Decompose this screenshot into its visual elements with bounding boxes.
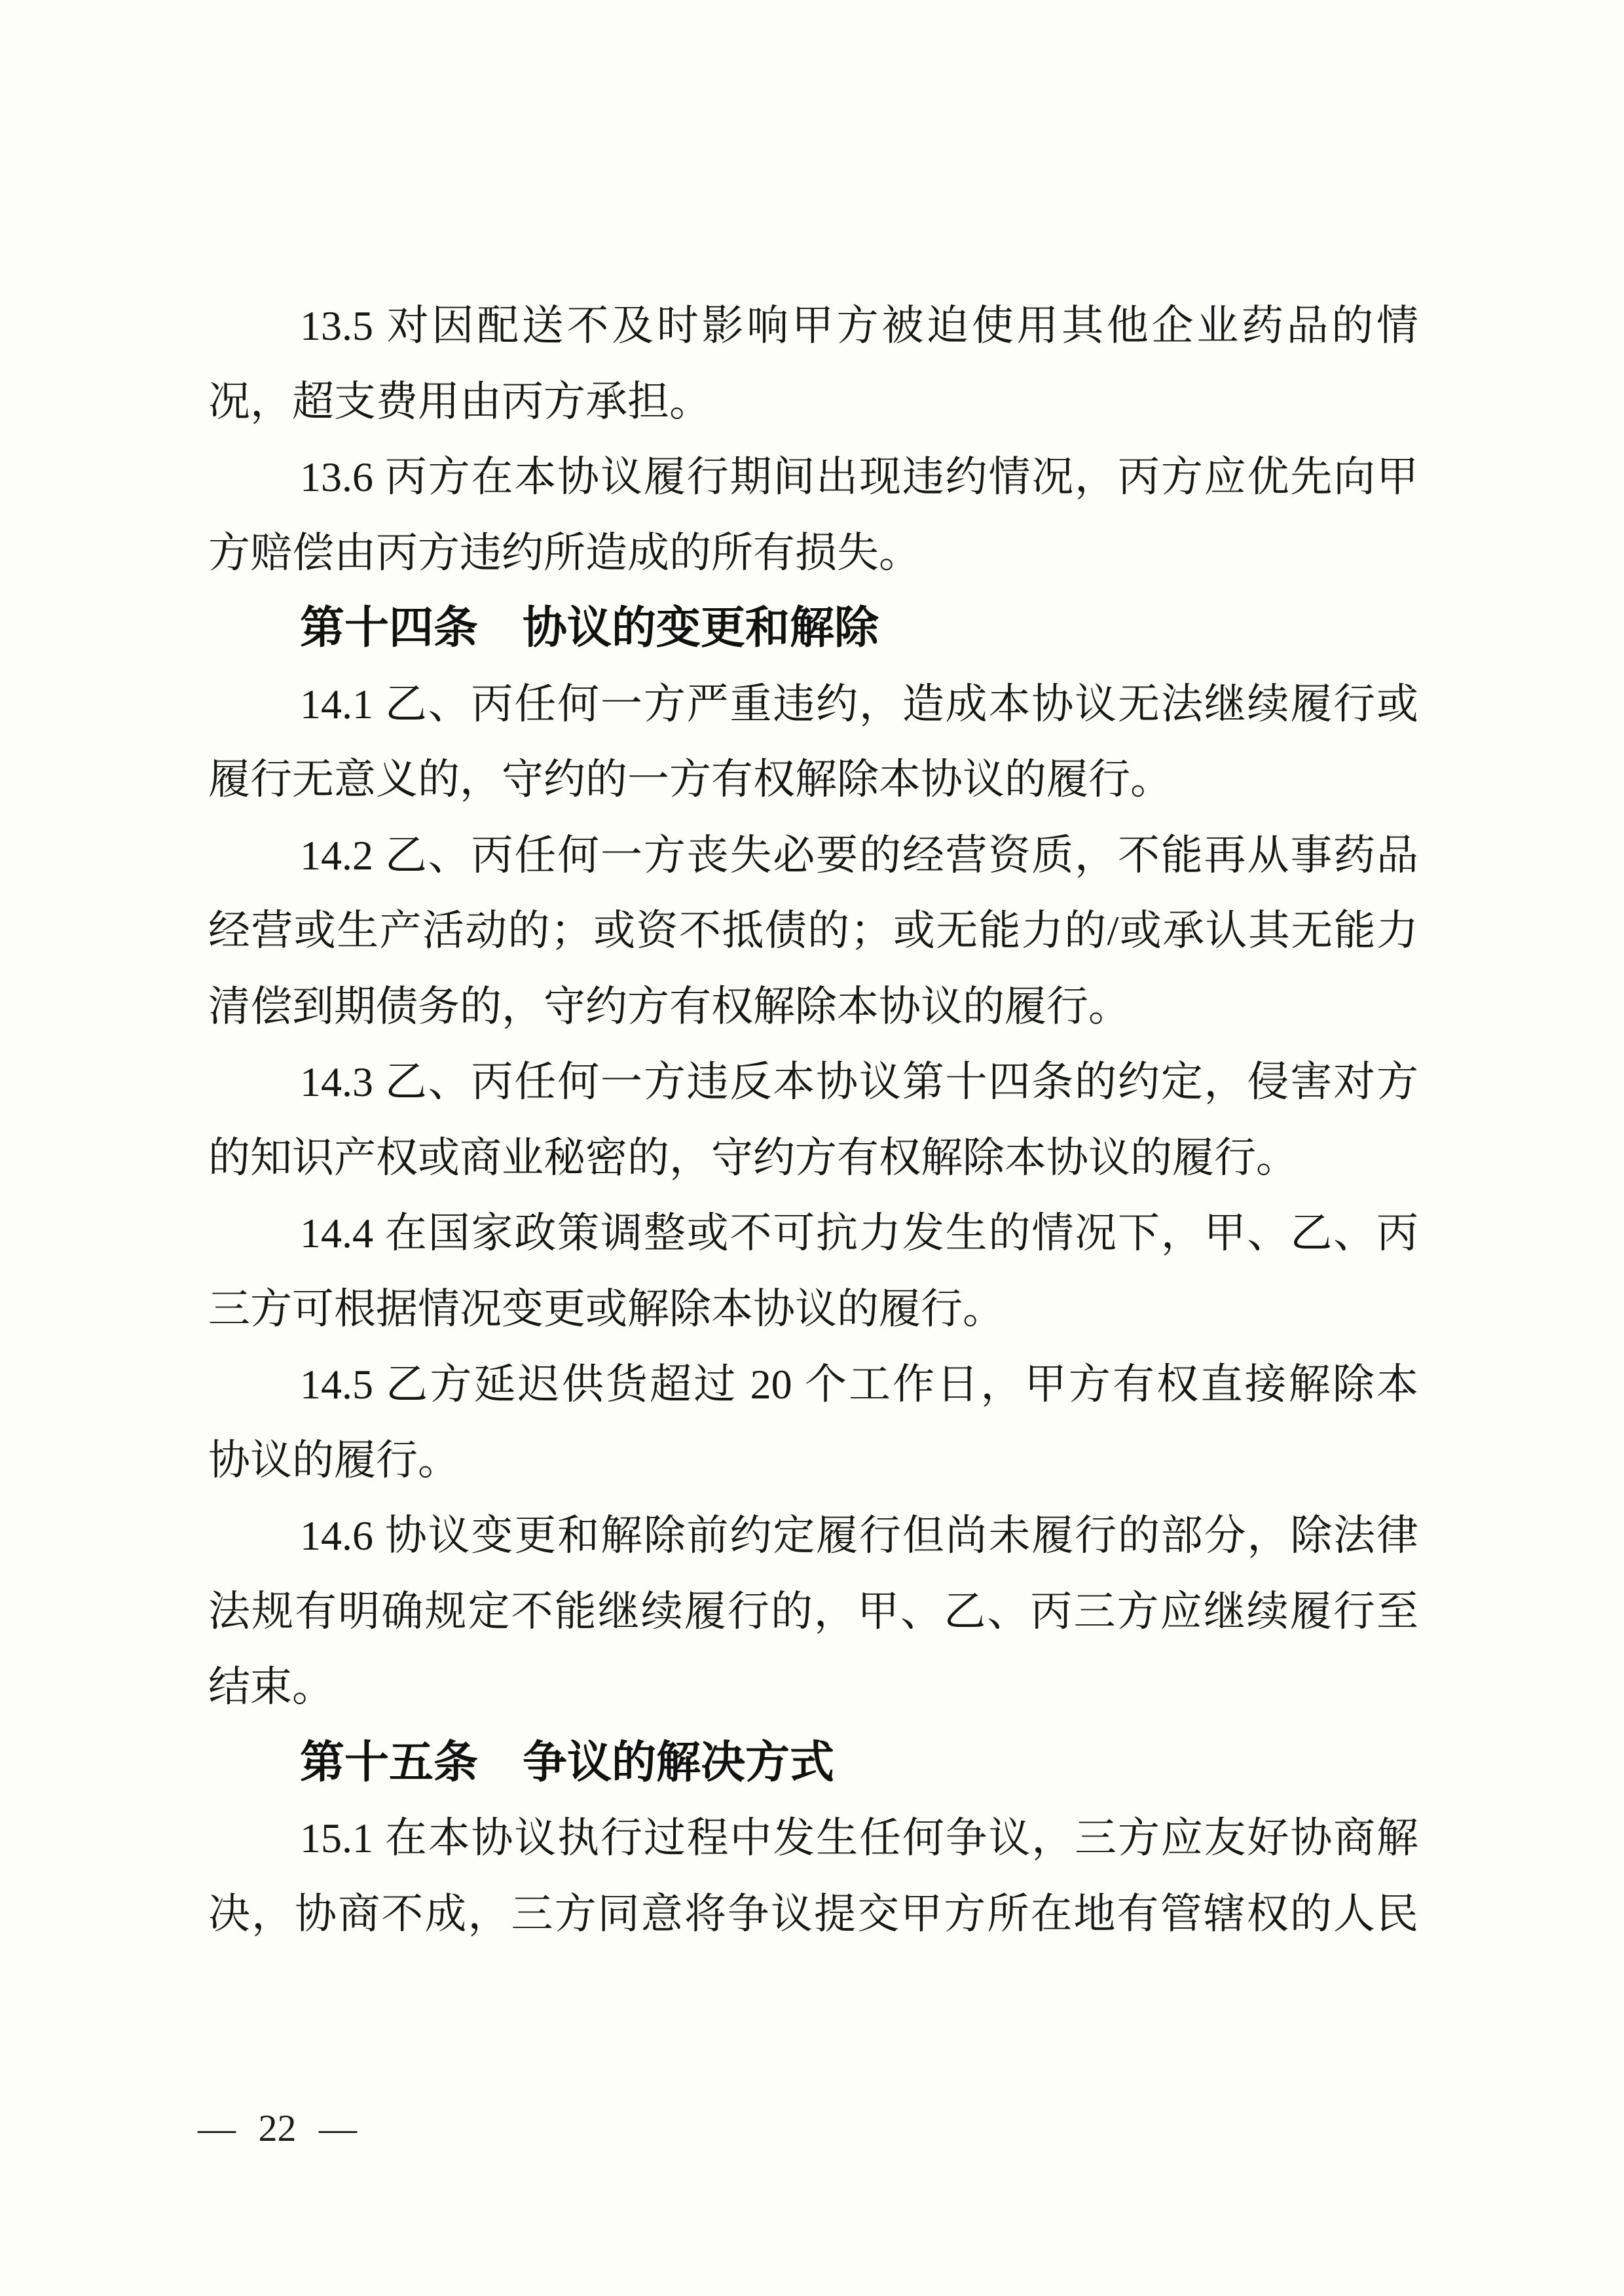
- text-line: 法规有明确规定不能继续履行的，甲、乙、丙三方应继续履行至: [208, 1574, 1418, 1650]
- contract-text: 13.5 对因配送不及时影响甲方被迫使用其他企业药品的情况，超支费用由丙方承担。…: [208, 288, 1418, 1952]
- text-line: 13.5 对因配送不及时影响甲方被迫使用其他企业药品的情: [208, 288, 1418, 364]
- text-line: 方赔偿由丙方违约所造成的所有损失。: [208, 515, 1418, 591]
- text-line: 况，超支费用由丙方承担。: [208, 364, 1418, 440]
- text-line: 14.4 在国家政策调整或不可抗力发生的情况下，甲、乙、丙: [208, 1195, 1418, 1271]
- text-line: 13.6 丙方在本协议履行期间出现违约情况，丙方应优先向甲: [208, 439, 1418, 515]
- text-line: 履行无意义的，守约的一方有权解除本协议的履行。: [208, 742, 1418, 818]
- text-line: 的知识产权或商业秘密的，守约方有权解除本协议的履行。: [208, 1120, 1418, 1196]
- text-line: 14.3 乙、丙任何一方违反本协议第十四条的约定，侵害对方: [208, 1044, 1418, 1120]
- text-line: 14.5 乙方延迟供货超过 20 个工作日，甲方有权直接解除本: [208, 1347, 1418, 1423]
- text-line: 14.1 乙、丙任何一方严重违约，造成本协议无法继续履行或: [208, 666, 1418, 742]
- text-line: 经营或生产活动的；或资不抵债的；或无能力的/或承认其无能力: [208, 893, 1418, 969]
- section-heading: 第十五条 争议的解决方式: [208, 1725, 1418, 1801]
- text-line: 协议的履行。: [208, 1423, 1418, 1499]
- text-line: 决，协商不成，三方同意将争议提交甲方所在地有管辖权的人民: [208, 1876, 1418, 1952]
- page-number: — 22 —: [198, 2090, 357, 2166]
- text-line: 三方可根据情况变更或解除本协议的履行。: [208, 1271, 1418, 1347]
- text-line: 结束。: [208, 1649, 1418, 1725]
- text-line: 14.2 乙、丙任何一方丧失必要的经营资质，不能再从事药品: [208, 818, 1418, 894]
- text-line: 清偿到期债务的，守约方有权解除本协议的履行。: [208, 969, 1418, 1045]
- text-line: 15.1 在本协议执行过程中发生任何争议，三方应友好协商解: [208, 1800, 1418, 1876]
- section-heading: 第十四条 协议的变更和解除: [208, 591, 1418, 666]
- text-line: 14.6 协议变更和解除前约定履行但尚未履行的部分，除法律: [208, 1498, 1418, 1574]
- scanned-contract-page: 13.5 对因配送不及时影响甲方被迫使用其他企业药品的情况，超支费用由丙方承担。…: [0, 0, 1624, 2296]
